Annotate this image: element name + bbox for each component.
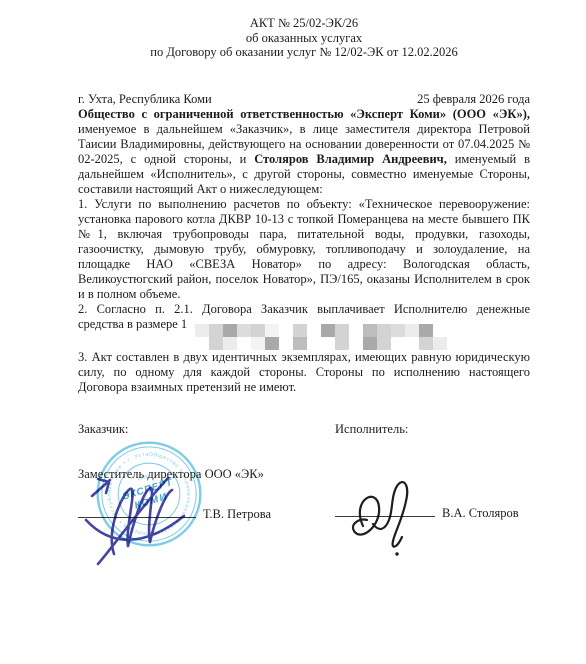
preamble-paragraph: Общество с ограниченной ответственностью… bbox=[78, 107, 530, 197]
signatures-section: Заказчик: Заместитель директора ООО «ЭК»… bbox=[78, 422, 530, 630]
contractor-handwritten-signature bbox=[333, 474, 451, 564]
customer-handwritten-signature bbox=[78, 458, 256, 570]
document-subtitle: об оказанных услугах bbox=[78, 31, 530, 46]
contractor-signer-name: В.А. Столяров bbox=[442, 506, 519, 520]
contractor-role-label: Исполнитель: bbox=[335, 422, 530, 437]
party1-name: Общество с ограниченной ответственностью… bbox=[78, 107, 530, 121]
act-item-3: 3. Акт составлен в двух идентичных экзем… bbox=[78, 350, 530, 395]
contract-reference: по Договору об оказании услуг № 12/02-ЭК… bbox=[78, 45, 530, 60]
document-header: АКТ № 25/02-ЭК/26 об оказанных услугах п… bbox=[78, 16, 530, 60]
document-place: г. Ухта, Республика Коми bbox=[78, 92, 212, 107]
act-item-1: 1. Услуги по выполнению расчетов по объе… bbox=[78, 197, 530, 302]
place-date-row: г. Ухта, Республика Коми 25 февраля 2026… bbox=[78, 92, 530, 107]
redacted-amount bbox=[195, 324, 447, 350]
document-date: 25 февраля 2026 года bbox=[417, 92, 530, 107]
document-title: АКТ № 25/02-ЭК/26 bbox=[78, 16, 530, 31]
party2-name: Столяров Владимир Андреевич, bbox=[254, 152, 447, 166]
customer-role-label: Заказчик: bbox=[78, 422, 335, 437]
scanned-act-document: АКТ № 25/02-ЭК/26 об оказанных услугах п… bbox=[0, 0, 586, 664]
act-item-2: 2. Согласно п. 2.1. Договора Заказчик вы… bbox=[78, 302, 530, 350]
